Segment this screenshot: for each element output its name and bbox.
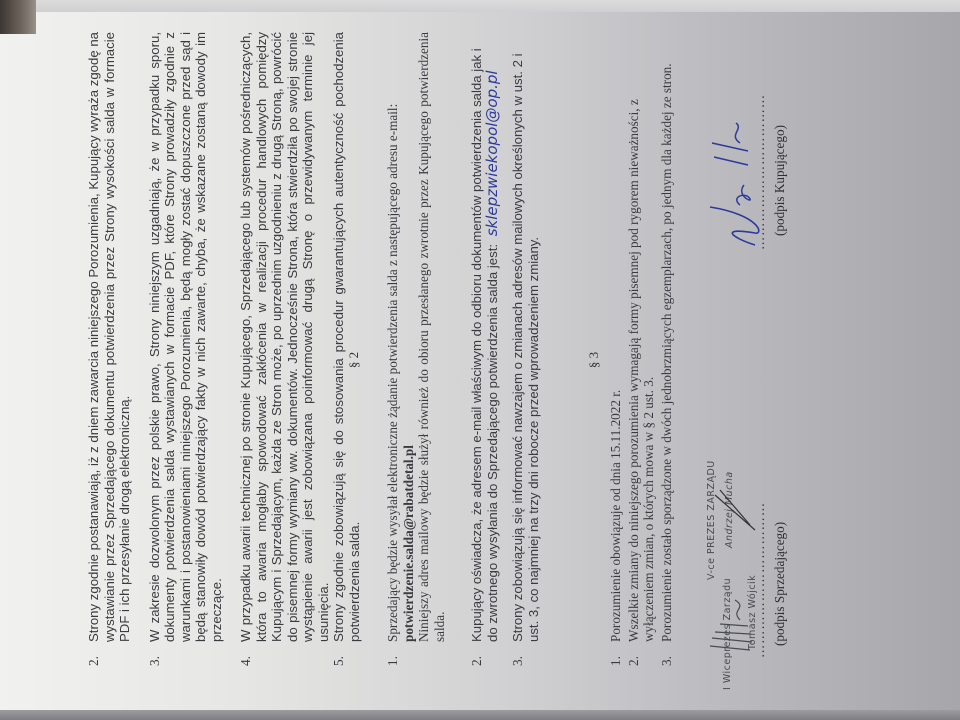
section-3-list: 1. Porozumienie obowiązuje od dnia 15.11… bbox=[608, 32, 676, 672]
item-text: Sprzedający będzie wysyłał elektroniczne… bbox=[385, 104, 400, 642]
item-number: 2. bbox=[626, 656, 642, 666]
item-text: Niniejszy adres mailowy będzie służył ró… bbox=[416, 32, 447, 642]
list-item: 2. Strony zgodnie postanawiają, iż z dni… bbox=[86, 32, 133, 672]
list-item: 1. Sprzedający będzie wysyłał elektronic… bbox=[385, 32, 447, 672]
buyer-signature bbox=[700, 95, 770, 255]
list-item: 3. W zakresie dozwolonym przez polskie p… bbox=[147, 32, 225, 672]
item-number: 3. bbox=[510, 656, 526, 666]
section-1-list: 2. Strony zgodnie postanawiają, iż z dni… bbox=[86, 32, 376, 672]
item-number: 2. bbox=[86, 656, 102, 666]
list-item: 3. Porozumienie zostało sporządzone w dw… bbox=[659, 32, 675, 672]
document-page: 2. Strony zgodnie postanawiają, iż z dni… bbox=[0, 0, 960, 720]
item-number: 1. bbox=[385, 656, 401, 666]
section-2-list: 1. Sprzedający będzie wysyłał elektronic… bbox=[385, 32, 551, 672]
item-text: Wszelkie zmiany do niniejszego porozumie… bbox=[626, 99, 657, 642]
item-text: Porozumienie obowiązuje od dnia 15.11.20… bbox=[608, 390, 623, 642]
seller-signature-scribble bbox=[690, 480, 770, 680]
section-3-heading: § 3 bbox=[586, 0, 602, 720]
item-number: 3. bbox=[147, 656, 163, 666]
item-text: Strony zgodnie postanawiają, iż z dniem … bbox=[86, 32, 132, 642]
handwritten-email: sklepzwiekopol@op.pl bbox=[483, 70, 501, 236]
section-2-heading: § 2 bbox=[346, 0, 362, 720]
list-item: 3. Strony zobowiązują się informować naw… bbox=[510, 32, 541, 672]
item-number: 5. bbox=[331, 656, 347, 666]
item-text: Strony zobowiązują się informować nawzaj… bbox=[510, 53, 541, 642]
item-number: 4. bbox=[238, 656, 254, 666]
item-number: 2. bbox=[469, 656, 485, 666]
item-text: W zakresie dozwolonym przez polskie praw… bbox=[147, 32, 224, 642]
list-item: 1. Porozumienie obowiązuje od dnia 15.11… bbox=[608, 32, 624, 672]
list-item: 2. Kupujący oświadcza, że adresem e-mail… bbox=[469, 32, 500, 672]
item-number: 3. bbox=[659, 656, 675, 666]
item-text: Porozumienie zostało sporządzone w dwóch… bbox=[659, 63, 674, 642]
item-number: 1. bbox=[608, 656, 624, 666]
buyer-signature-label: (podpis Kupującego) bbox=[772, 125, 788, 236]
email-link[interactable]: potwierdzenie.salda@rabatdetal.pl bbox=[401, 445, 416, 642]
item-text: W przypadku awarii technicznej po stroni… bbox=[238, 32, 331, 642]
seller-signature-label: (podpis Sprzedającego) bbox=[772, 522, 788, 646]
list-item: 2. Wszelkie zmiany do niniejszego porozu… bbox=[626, 32, 657, 672]
list-item: 4. W przypadku awarii technicznej po str… bbox=[238, 32, 331, 672]
